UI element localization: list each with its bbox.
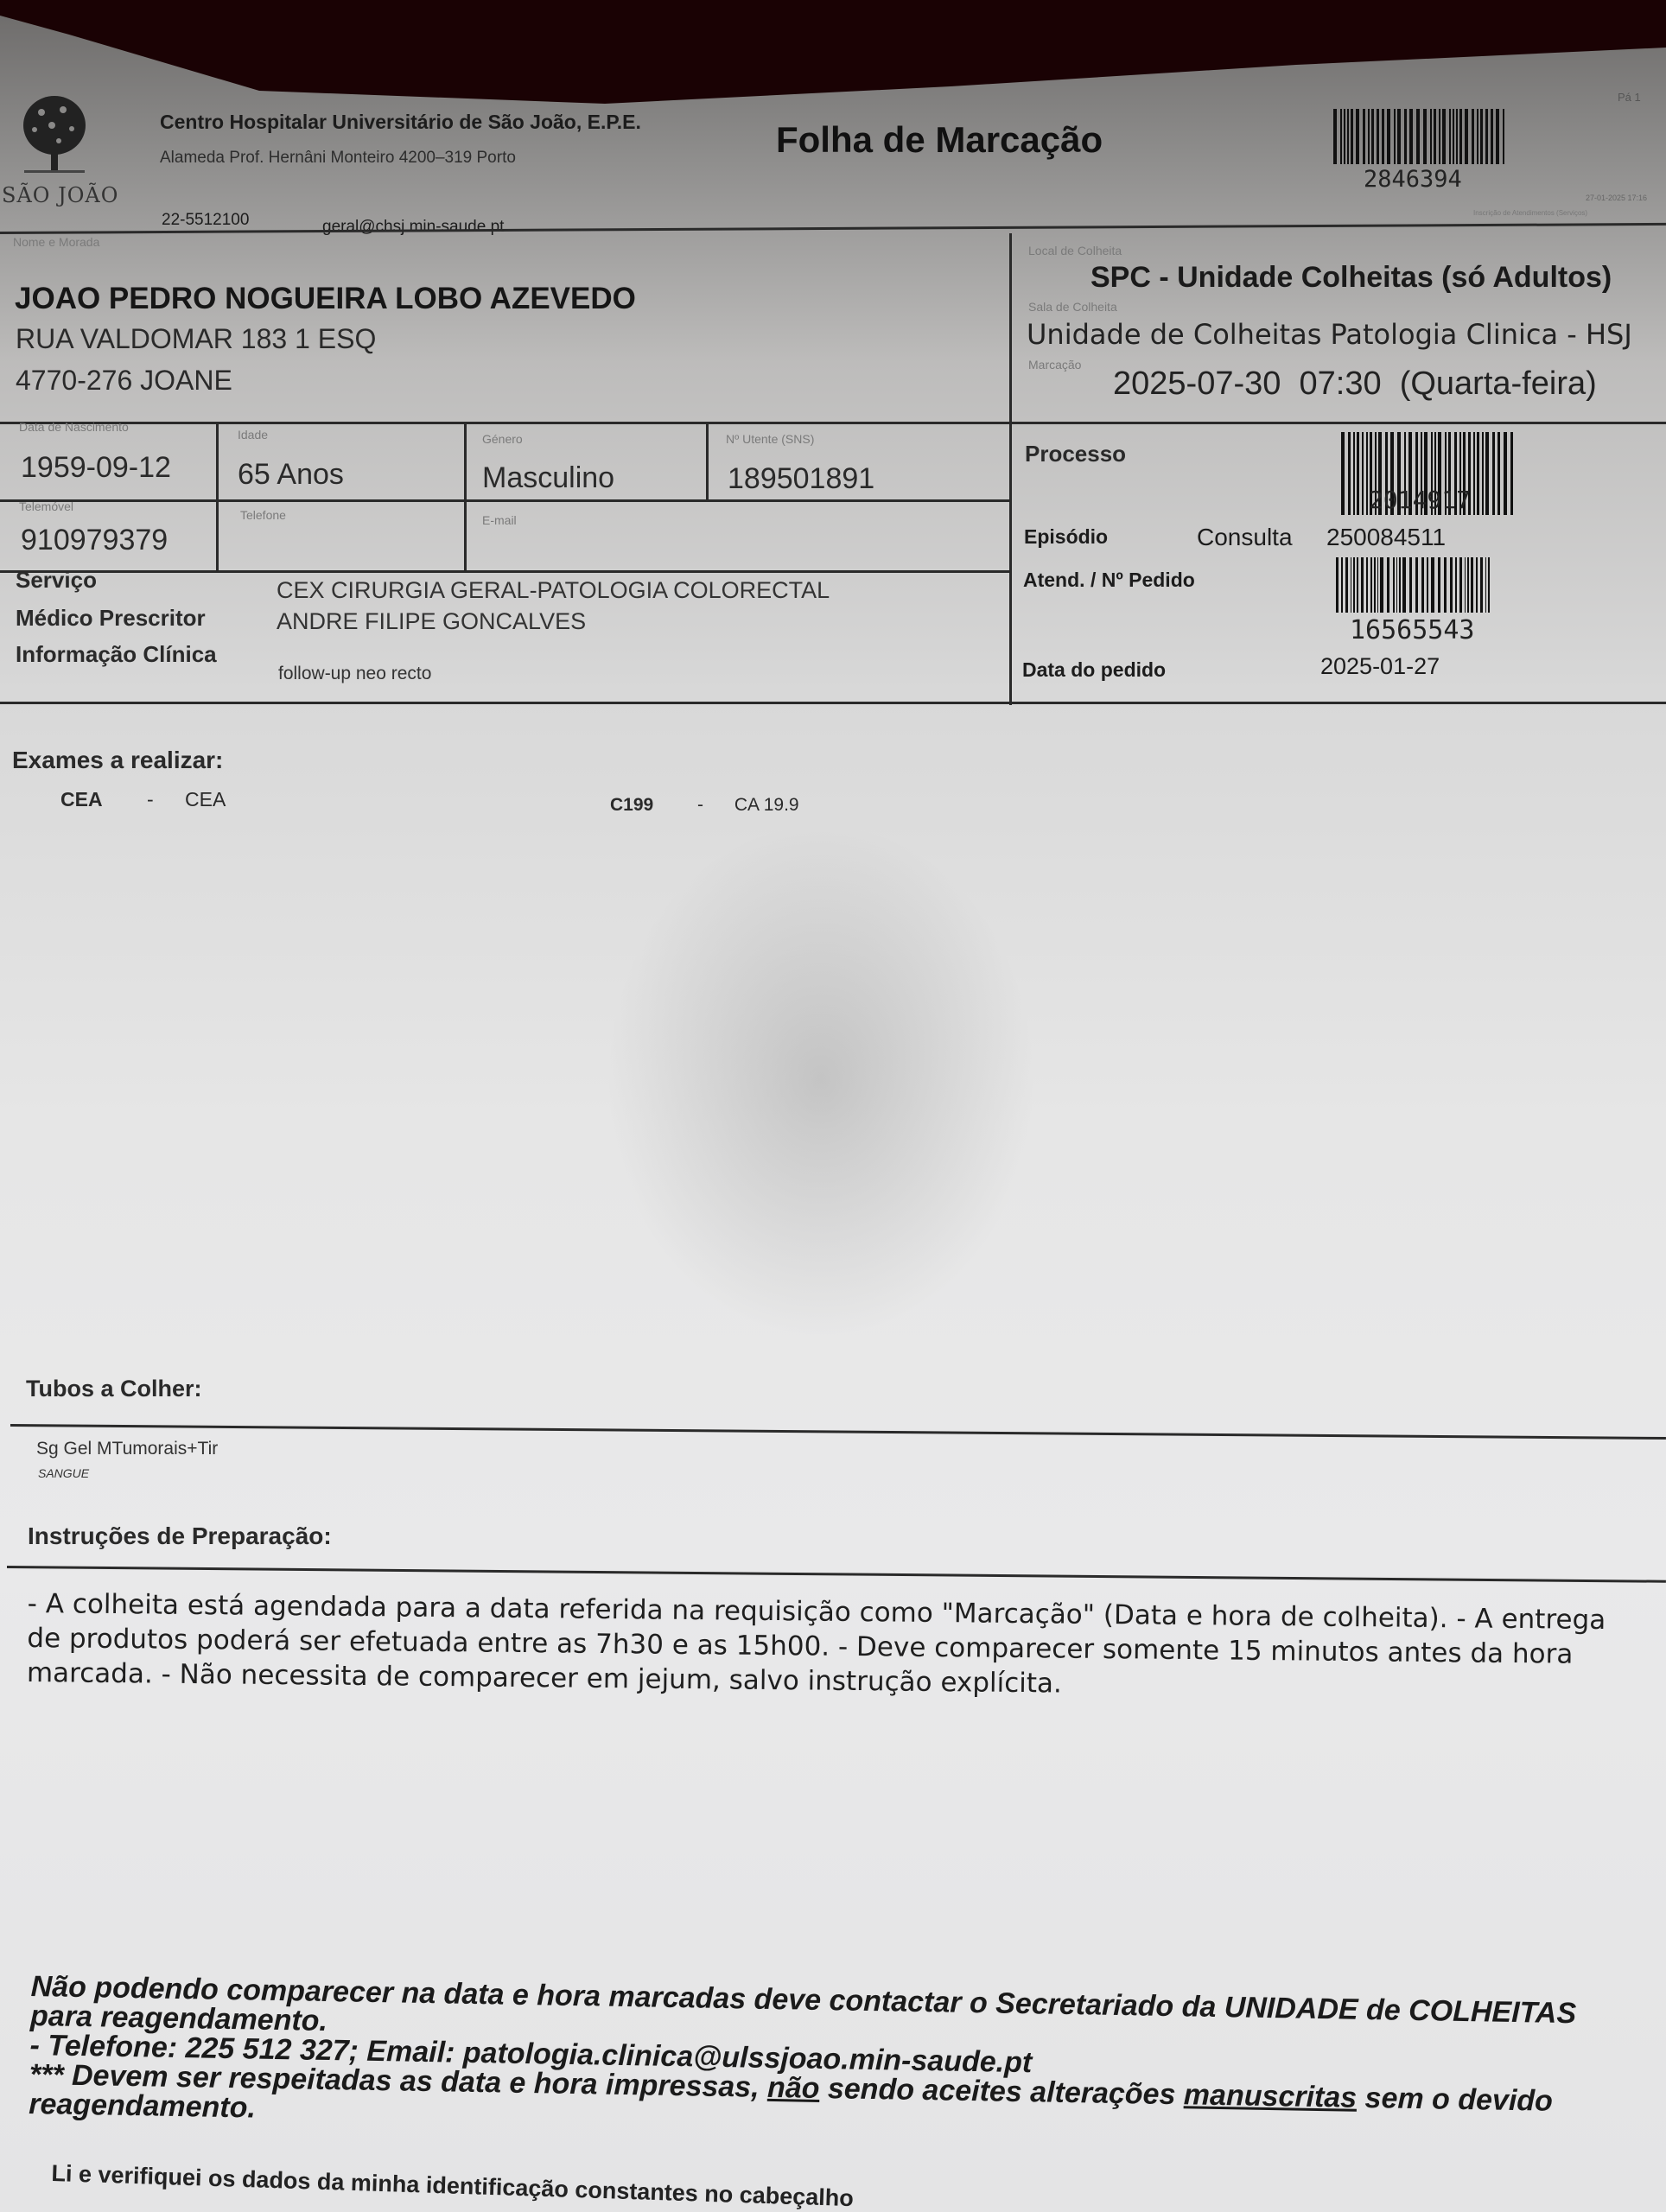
tube-name: Sg Gel MTumorais+Tir [36, 1439, 218, 1459]
warning-manuscritas: manuscritas [1184, 2078, 1358, 2113]
collection-room-label: Sala de Colheita [1028, 300, 1117, 314]
patient-address-line2: 4770-276 JOANE [16, 365, 232, 397]
instructions-text: - A colheita está agendada para a data r… [27, 1586, 1618, 1707]
exam-item: CEA - CEA [60, 788, 226, 811]
print-timestamp: 27-01-2025 17:16 [1586, 194, 1647, 202]
phone-label: Telefone [240, 508, 286, 522]
exam-sep: - [147, 788, 154, 810]
footer-notice: Não podendo comparecer na data e hora ma… [29, 1972, 1587, 2145]
printed-by: Inscrição de Atendimentos (Serviços) [1473, 209, 1587, 217]
doctor-name: ANDRE FILIPE GONCALVES [277, 608, 586, 635]
service-label: Serviço [16, 567, 97, 594]
episode-number: 250084511 [1326, 524, 1446, 551]
collection-location-label: Local de Colheita [1028, 244, 1122, 257]
clinical-info-label: Informação Clínica [16, 641, 217, 668]
email-label: E-mail [482, 513, 517, 527]
warning-mid: sendo aceites alterações [819, 2072, 1184, 2111]
birth-date: 1959-09-12 [21, 451, 171, 485]
header-barcode-icon [1333, 109, 1506, 164]
mobile-label: Telemóvel [19, 499, 73, 513]
collection-location: SPC - Unidade Colheitas (só Adultos) [1091, 261, 1612, 295]
exam-code: C199 [610, 795, 653, 815]
process-label: Processo [1025, 441, 1126, 467]
appointment-datetime: 2025-07-30 07:30 (Quarta-feira) [1113, 365, 1597, 403]
gender: Masculino [482, 461, 614, 495]
service-name: CEX CIRURGIA GERAL-PATOLOGIA COLORECTAL [277, 577, 830, 604]
hospital-phone: 22-5512100 [162, 211, 249, 230]
patient-address-line1: RUA VALDOMAR 183 1 ESQ [16, 323, 376, 355]
exams-title: Exames a realizar: [12, 747, 223, 774]
order-date: 2025-01-27 [1320, 653, 1440, 680]
birth-date-label: Data de Nascimento [19, 420, 129, 434]
tubes-title: Tubos a Colher: [26, 1376, 202, 1402]
age-label: Idade [238, 428, 268, 442]
page-title: Folha de Marcação [776, 119, 1103, 161]
collection-room: Unidade de Colheitas Patologia Clinica -… [1027, 318, 1632, 351]
order-barcode-icon [1336, 557, 1491, 613]
header-barcode-number: 2846394 [1364, 166, 1462, 193]
order-number: 16565543 [1350, 615, 1475, 645]
order-label: Atend. / Nº Pedido [1023, 569, 1195, 592]
name-address-label: Nome e Morada [13, 235, 99, 249]
hospital-name: Centro Hospitalar Universitário de São J… [160, 111, 641, 134]
warning-nao: não [767, 2071, 820, 2105]
exam-name: CEA [185, 788, 226, 810]
sns-number: 189501891 [728, 462, 874, 496]
age: 65 Anos [238, 458, 344, 492]
sao-joao-tree-logo-icon [16, 91, 93, 181]
clinical-info: follow-up neo recto [278, 664, 431, 684]
exam-name: CA 19.9 [734, 795, 799, 815]
hospital-address: Alameda Prof. Hernâni Monteiro 4200–319 … [160, 149, 516, 168]
doctor-label: Médico Prescritor [16, 605, 206, 632]
gender-label: Género [482, 432, 523, 446]
sns-label: Nº Utente (SNS) [726, 432, 814, 446]
episode-type: Consulta [1197, 524, 1293, 551]
hospital-email: geral@chsj.min-saude.pt [322, 218, 504, 237]
exam-code: CEA [60, 788, 103, 810]
instructions-title: Instruções de Preparação: [28, 1522, 332, 1550]
exam-sep: - [697, 795, 703, 815]
logo-text: SÃO JOÃO [2, 183, 118, 207]
patient-name: JOAO PEDRO NOGUEIRA LOBO AZEVEDO [15, 282, 636, 316]
process-number: 2014917 [1369, 486, 1471, 514]
page-number: Pá 1 [1618, 91, 1641, 104]
tube-sample: SANGUE [38, 1466, 89, 1480]
episode-label: Episódio [1024, 525, 1108, 549]
mobile-number: 910979379 [21, 524, 168, 557]
order-date-label: Data do pedido [1022, 658, 1166, 682]
exam-item: C199 - CA 19.9 [610, 795, 799, 816]
appointment-label: Marcação [1028, 358, 1081, 372]
